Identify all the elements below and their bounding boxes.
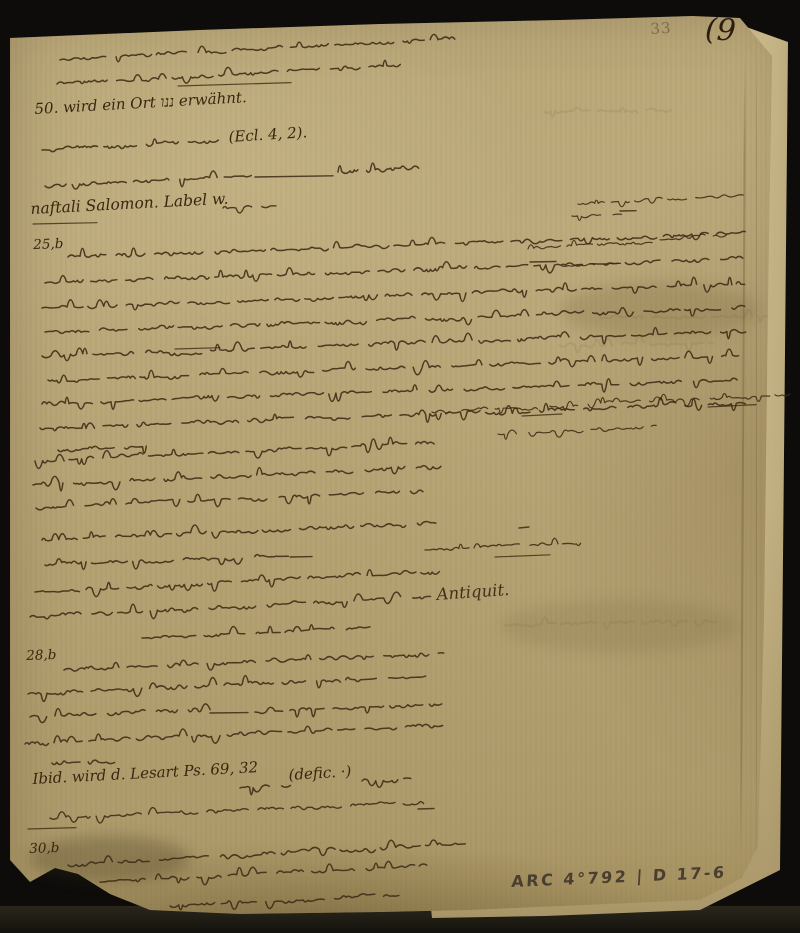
handwritten-line — [42, 328, 746, 361]
folio-number-pencil: 33 — [650, 19, 672, 38]
underline-stroke — [33, 223, 97, 224]
handwritten-line — [36, 490, 423, 510]
handwritten-line — [52, 760, 115, 764]
handwritten-line — [48, 349, 739, 383]
defic-note: (defic. ·) — [288, 762, 352, 784]
dash-stroke — [519, 527, 529, 528]
handwritten-line — [64, 653, 444, 671]
underline-stroke — [522, 414, 562, 416]
handwritten-line — [42, 139, 218, 152]
handwritten-line — [33, 466, 441, 491]
handwritten-line — [142, 625, 370, 639]
handwritten-line — [498, 425, 656, 439]
handwritten-line — [45, 171, 251, 189]
handwritten-line — [578, 195, 743, 207]
quire-number-ink: (9 — [704, 12, 737, 49]
handwritten-line — [28, 676, 426, 702]
handwritten-line — [57, 60, 400, 84]
margin-ref-25b: 25,b — [33, 236, 64, 253]
handwritten-line — [362, 778, 411, 787]
ink-bleed-through — [545, 108, 671, 117]
dash-stroke — [530, 262, 556, 263]
handwritten-line — [338, 163, 419, 173]
handwritten-line — [60, 34, 455, 61]
handwritten-line — [223, 206, 276, 213]
ink-bleed-through — [505, 617, 717, 628]
handwritten-line — [68, 231, 745, 257]
handwritten-line — [255, 704, 442, 717]
handwritten-line — [50, 802, 424, 823]
handwritten-line — [35, 570, 439, 597]
handwriting-layer — [0, 0, 800, 933]
handwritten-line — [68, 840, 465, 867]
handwritten-line — [30, 592, 430, 619]
margin-ref-28b: 28,b — [26, 647, 57, 664]
handwritten-line — [45, 555, 288, 570]
handwritten-line — [40, 398, 745, 431]
dash-stroke — [255, 176, 333, 177]
margin-ref-30b: 30,b — [29, 840, 60, 857]
handwritten-line — [572, 214, 622, 220]
handwritten-line — [100, 861, 427, 884]
handwritten-line — [170, 894, 399, 910]
underline-stroke — [495, 555, 550, 557]
underline-stroke — [175, 348, 220, 349]
handwritten-line — [42, 378, 737, 409]
handwritten-line — [35, 437, 434, 468]
handwritten-line — [240, 785, 291, 795]
handwritten-line — [25, 724, 443, 745]
handwritten-line — [45, 305, 745, 333]
dash-stroke — [418, 809, 434, 810]
handwritten-line — [58, 446, 146, 453]
underline-stroke — [28, 828, 76, 829]
handwritten-line — [30, 704, 210, 723]
scanned-manuscript-page: 33 (9 50. wird ein Ort ננו erwähnt. (Ecl… — [0, 0, 800, 933]
underline-stroke — [178, 83, 291, 86]
handwritten-line — [42, 277, 745, 310]
handwritten-line — [45, 256, 743, 283]
handwritten-line — [42, 521, 436, 540]
handwritten-line — [425, 538, 581, 550]
